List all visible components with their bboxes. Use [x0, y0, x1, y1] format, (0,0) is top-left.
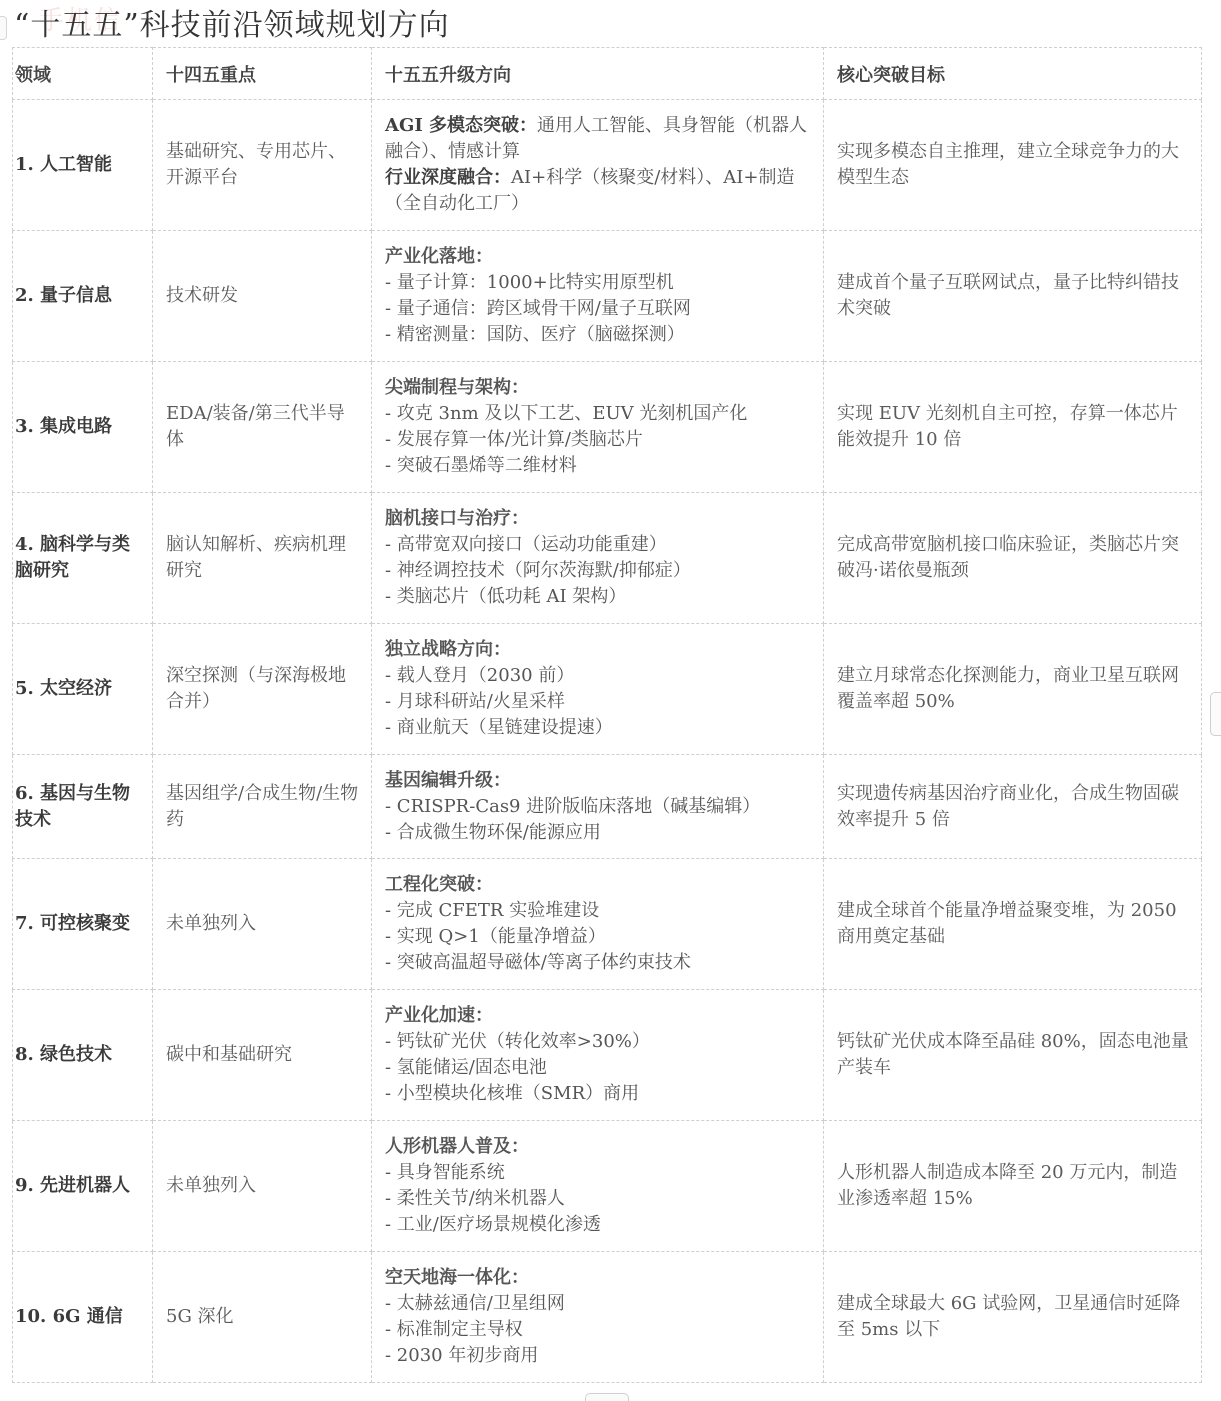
bottom-edge-handle[interactable] — [585, 1393, 629, 1401]
left-edge-handle[interactable] — [0, 16, 7, 40]
row-upgrade: 脑机接口与治疗： - 高带宽双向接口（运动功能重建） - 神经调控技术（阿尔茨海… — [372, 493, 824, 624]
upgrade-title: 产业化落地： — [385, 244, 813, 270]
upgrade-item: - 完成 CFETR 实验堆建设 — [385, 898, 813, 924]
row-domain: 6. 基因与生物技术 — [13, 755, 153, 859]
row-upgrade: 产业化落地： - 量子计算：1000+比特实用原型机 - 量子通信：跨区域骨干网… — [372, 231, 824, 362]
upgrade-title: 工程化突破： — [385, 872, 813, 898]
upgrade-item: - 突破高温超导磁体/等离子体约束技术 — [385, 950, 813, 976]
table-row: 8. 绿色技术 碳中和基础研究 产业化加速： - 钙钛矿光伏（转化效率>30%）… — [13, 990, 1202, 1121]
row-focus-14: EDA/装备/第三代半导体 — [153, 362, 372, 493]
row-focus-14: 碳中和基础研究 — [153, 990, 372, 1121]
row-goal: 实现遗传病基因治疗商业化，合成生物固碳效率提升 5 倍 — [824, 755, 1202, 859]
row-upgrade: 人形机器人普及： - 具身智能系统 - 柔性关节/纳米机器人 - 工业/医疗场景… — [372, 1121, 824, 1252]
row-goal: 人形机器人制造成本降至 20 万元内，制造业渗透率超 15% — [824, 1121, 1202, 1252]
row-domain: 8. 绿色技术 — [13, 990, 153, 1121]
upgrade-item: - 精密测量：国防、医疗（脑磁探测） — [385, 322, 813, 348]
table-row: 5. 太空经济 深空探测（与深海极地合并） 独立战略方向： - 载人登月（203… — [13, 624, 1202, 755]
right-edge-handle[interactable] — [1210, 692, 1221, 736]
upgrade-item: - 商业航天（星链建设提速） — [385, 715, 813, 741]
upgrade-title: 行业深度融合： — [385, 167, 511, 188]
row-focus-14: 基因组学/合成生物/生物药 — [153, 755, 372, 859]
table-row: 10. 6G 通信 5G 深化 空天地海一体化： - 太赫兹通信/卫星组网 - … — [13, 1252, 1202, 1383]
row-domain: 3. 集成电路 — [13, 362, 153, 493]
header-core-goal: 核心突破目标 — [824, 48, 1202, 100]
row-upgrade: 空天地海一体化： - 太赫兹通信/卫星组网 - 标准制定主导权 - 2030 年… — [372, 1252, 824, 1383]
upgrade-title: AGI 多模态突破： — [385, 115, 537, 136]
upgrade-item: - 具身智能系统 — [385, 1160, 813, 1186]
header-domain: 领域 — [13, 48, 153, 100]
table-row: 3. 集成电路 EDA/装备/第三代半导体 尖端制程与架构： - 攻克 3nm … — [13, 362, 1202, 493]
row-upgrade: 尖端制程与架构： - 攻克 3nm 及以下工艺、EUV 光刻机国产化 - 发展存… — [372, 362, 824, 493]
upgrade-item: - 月球科研站/火星采样 — [385, 689, 813, 715]
row-upgrade: 产业化加速： - 钙钛矿光伏（转化效率>30%） - 氢能储运/固态电池 - 小… — [372, 990, 824, 1121]
upgrade-title: 人形机器人普及： — [385, 1134, 813, 1160]
row-goal: 钙钛矿光伏成本降至晶硅 80%，固态电池量产装车 — [824, 990, 1202, 1121]
upgrade-item: - 载人登月（2030 前） — [385, 663, 813, 689]
upgrade-item: - 攻克 3nm 及以下工艺、EUV 光刻机国产化 — [385, 401, 813, 427]
table-row: 4. 脑科学与类脑研究 脑认知解析、疾病机理研究 脑机接口与治疗： - 高带宽双… — [13, 493, 1202, 624]
upgrade-item: - 2030 年初步商用 — [385, 1343, 813, 1369]
upgrade-item: - 类脑芯片（低功耗 AI 架构） — [385, 584, 813, 610]
header-focus-14: 十四五重点 — [153, 48, 372, 100]
upgrade-title: 基因编辑升级： — [385, 768, 813, 794]
table-row: 1. 人工智能 基础研究、专用芯片、开源平台 AGI 多模态突破：通用人工智能、… — [13, 100, 1202, 231]
upgrade-item: - 实现 Q>1（能量净增益） — [385, 924, 813, 950]
row-domain: 7. 可控核聚变 — [13, 859, 153, 990]
upgrade-title: 空天地海一体化： — [385, 1265, 813, 1291]
row-focus-14: 未单独列入 — [153, 859, 372, 990]
upgrade-item: - CRISPR-Cas9 进阶版临床落地（碱基编辑） — [385, 794, 813, 820]
upgrade-item: - 太赫兹通信/卫星组网 — [385, 1291, 813, 1317]
table-header-row: 领域 十四五重点 十五五升级方向 核心突破目标 — [13, 48, 1202, 100]
row-goal: 建成全球最大 6G 试验网，卫星通信时延降至 5ms 以下 — [824, 1252, 1202, 1383]
upgrade-item: - 突破石墨烯等二维材料 — [385, 453, 813, 479]
table-row: 7. 可控核聚变 未单独列入 工程化突破： - 完成 CFETR 实验堆建设 -… — [13, 859, 1202, 990]
upgrade-item: - 标准制定主导权 — [385, 1317, 813, 1343]
upgrade-title: 脑机接口与治疗： — [385, 506, 813, 532]
upgrade-item: - 柔性关节/纳米机器人 — [385, 1186, 813, 1212]
row-domain: 2. 量子信息 — [13, 231, 153, 362]
table-row: 2. 量子信息 技术研发 产业化落地： - 量子计算：1000+比特实用原型机 … — [13, 231, 1202, 362]
row-upgrade: 工程化突破： - 完成 CFETR 实验堆建设 - 实现 Q>1（能量净增益） … — [372, 859, 824, 990]
row-upgrade: 基因编辑升级： - CRISPR-Cas9 进阶版临床落地（碱基编辑） - 合成… — [372, 755, 824, 859]
upgrade-item: - 氢能储运/固态电池 — [385, 1055, 813, 1081]
row-upgrade: AGI 多模态突破：通用人工智能、具身智能（机器人融合）、情感计算 行业深度融合… — [372, 100, 824, 231]
header-upgrade-15: 十五五升级方向 — [372, 48, 824, 100]
row-goal: 建成首个量子互联网试点，量子比特纠错技术突破 — [824, 231, 1202, 362]
upgrade-item: - 小型模块化核堆（SMR）商用 — [385, 1081, 813, 1107]
row-focus-14: 脑认知解析、疾病机理研究 — [153, 493, 372, 624]
upgrade-item: - 量子计算：1000+比特实用原型机 — [385, 270, 813, 296]
row-domain: 10. 6G 通信 — [13, 1252, 153, 1383]
row-domain: 4. 脑科学与类脑研究 — [13, 493, 153, 624]
row-goal: 实现 EUV 光刻机自主可控，存算一体芯片能效提升 10 倍 — [824, 362, 1202, 493]
plan-table: 领域 十四五重点 十五五升级方向 核心突破目标 1. 人工智能 基础研究、专用芯… — [12, 47, 1202, 1383]
page-title: “十五五”科技前沿领域规划方向 — [14, 4, 450, 48]
row-focus-14: 5G 深化 — [153, 1252, 372, 1383]
row-goal: 实现多模态自主推理，建立全球竞争力的大模型生态 — [824, 100, 1202, 231]
upgrade-item: - 高带宽双向接口（运动功能重建） — [385, 532, 813, 558]
plan-table-container: 领域 十四五重点 十五五升级方向 核心突破目标 1. 人工智能 基础研究、专用芯… — [12, 47, 1201, 1383]
row-goal: 完成高带宽脑机接口临床验证，类脑芯片突破冯·诺依曼瓶颈 — [824, 493, 1202, 624]
row-focus-14: 未单独列入 — [153, 1121, 372, 1252]
row-goal: 建立月球常态化探测能力，商业卫星互联网覆盖率超 50% — [824, 624, 1202, 755]
upgrade-title: 产业化加速： — [385, 1003, 813, 1029]
row-upgrade: 独立战略方向： - 载人登月（2030 前） - 月球科研站/火星采样 - 商业… — [372, 624, 824, 755]
row-goal: 建成全球首个能量净增益聚变堆，为 2050 商用奠定基础 — [824, 859, 1202, 990]
upgrade-paragraph: 行业深度融合：AI+科学（核聚变/材料）、AI+制造（全自动化工厂） — [385, 165, 813, 217]
table-row: 6. 基因与生物技术 基因组学/合成生物/生物药 基因编辑升级： - CRISP… — [13, 755, 1202, 859]
row-domain: 9. 先进机器人 — [13, 1121, 153, 1252]
table-row: 9. 先进机器人 未单独列入 人形机器人普及： - 具身智能系统 - 柔性关节/… — [13, 1121, 1202, 1252]
row-focus-14: 技术研发 — [153, 231, 372, 362]
upgrade-item: - 合成微生物环保/能源应用 — [385, 820, 813, 846]
row-focus-14: 深空探测（与深海极地合并） — [153, 624, 372, 755]
upgrade-title: 尖端制程与架构： — [385, 375, 813, 401]
upgrade-item: - 量子通信：跨区域骨干网/量子互联网 — [385, 296, 813, 322]
row-domain: 1. 人工智能 — [13, 100, 153, 231]
row-domain: 5. 太空经济 — [13, 624, 153, 755]
upgrade-title: 独立战略方向： — [385, 637, 813, 663]
upgrade-item: - 发展存算一体/光计算/类脑芯片 — [385, 427, 813, 453]
upgrade-item: - 神经调控技术（阿尔茨海默/抑郁症） — [385, 558, 813, 584]
upgrade-paragraph: AGI 多模态突破：通用人工智能、具身智能（机器人融合）、情感计算 — [385, 113, 813, 165]
upgrade-item: - 工业/医疗场景规模化渗透 — [385, 1212, 813, 1238]
upgrade-item: - 钙钛矿光伏（转化效率>30%） — [385, 1029, 813, 1055]
row-focus-14: 基础研究、专用芯片、开源平台 — [153, 100, 372, 231]
